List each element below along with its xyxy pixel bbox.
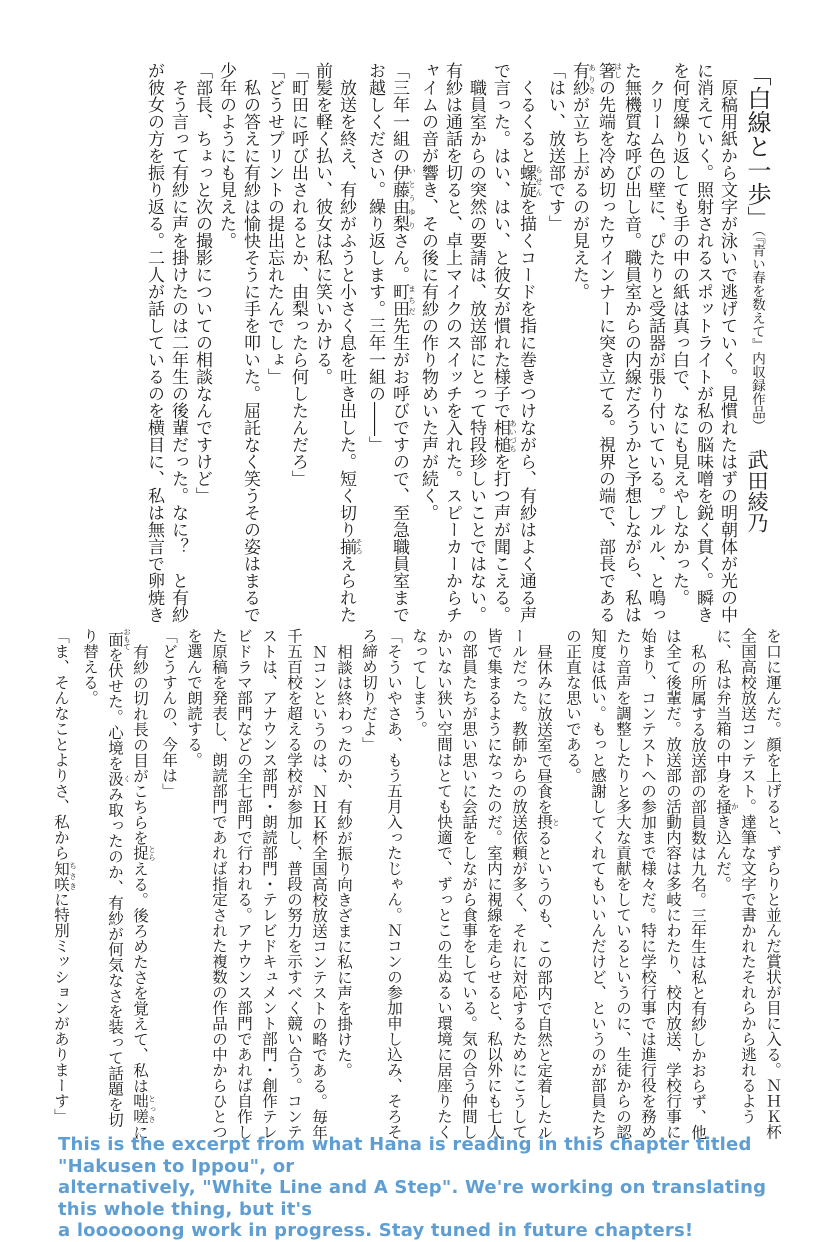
paragraph: 「どうすんの、今年は」 [156,628,181,1140]
translator-note-line: This is the excerpt from what Hana is re… [58,1134,788,1177]
paragraph: 「三年一組の伊藤由梨いとうゆりさん。町田まちだ先生がお呼びですので、至急職員室ま… [363,62,416,624]
paragraph: 有紗の切れ長の目がこちらを捉とらえる。後ろめたさを覚えて、私は咄嗟とっさに面おも… [77,628,156,1140]
ruby-annotated-word: 咄嗟とっさ [131,1093,149,1124]
paragraph: 相談は終わったのか、有紗が振り向きざまに私に声を掛けた。 [331,628,356,1140]
ruby-annotated-word: 箸はし [595,62,615,79]
paragraph: 職員室からの突然の要請は、放送部にとって特段珍しいことではない。有紗は通話を切る… [416,62,488,624]
paragraph: 昼休みに放送室で昼食を摂とるというのも、この部内で自然と定着したルールだった。教… [406,628,560,1140]
chapter-heading: 「白線と一歩」（『青い春を数えて』内収録作品）武田綾乃 [739,62,775,624]
paragraph: 原稿用紙から文字が泳いで逃げていく。見慣れたはずの明朝体が光の中に消えていく。照… [667,62,739,624]
chapter-title: 「白線と一歩」 [743,62,771,230]
paragraph: クリーム色の壁に、ぴたりと受話器が張り付いている。プルル、と鳴った無機質な呼び出… [567,62,667,624]
paragraph: 「そういやさあ、もう五月入ったじゃん。Ｎコンの参加申し込み、そろそろ締め切りだよ… [356,628,406,1140]
ruby-annotated-word: 伊藤由梨いとうゆり [389,164,409,232]
ruby-annotated-word: 町田まちだ [389,283,409,317]
ruby-annotated-word: 揃そろ [336,538,356,555]
page-bottom-text-block: を口に運んだ。顔を上げると、ずらりと並んだ賞状が目に入る。ＮＨＫ杯全国高校放送コ… [48,628,785,1140]
ruby-annotated-word: 相槌あいづち [490,419,510,453]
ruby-annotated-word: 螺旋らせん [516,164,536,198]
paragraph: 「部長、ちょっと次の撮影についての相談なんですけど」 [190,62,214,624]
page-top-text-block: 「白線と一歩」（『青い春を数えて』内収録作品）武田綾乃 原稿用紙から文字が泳いで… [142,62,775,624]
ruby-annotated-word: 捉とら [131,845,149,861]
paragraph: そう言って有紗に声を掛けたのは二年生の後輩だった。なに？ と有紗が彼女の方を振り… [142,62,190,624]
author-name: 武田綾乃 [745,449,769,533]
paragraph: 私の所属する放送部の部員数は九名。三年生は私と有紗しかおらず、他は全て後輩だ。放… [560,628,710,1140]
ruby-annotated-word: 面おもて [106,628,124,647]
ruby-annotated-word: 汲く [106,771,124,787]
paragraph: 「町田に呼び出されるとか、由梨ったら何したんだろ」 [286,62,310,624]
novel-page: 「白線と一歩」（『青い春を数えて』内収録作品）武田綾乃 原稿用紙から文字が泳いで… [0,0,836,1200]
translator-note-line: alternatively, "White Line and A Step". … [58,1177,788,1200]
paragraph: 放送を終え、有紗がふうと小さく息を吐き出した。短く切り揃そろえられた前髪を軽く払… [310,62,363,624]
paragraph: 「ま、そんなことよりさ、私から知咲ちさきに特別ミッションがありまーす」 [48,628,77,1140]
ruby-annotated-word: 知咲ちさき [52,861,70,892]
ruby-annotated-word: 摂と [535,814,553,830]
paragraph: くるくると螺旋らせんを描くコードを指に巻きつけながら、有紗はよく通る声で言った。… [488,62,543,624]
paragraph: を口に運んだ。顔を上げると、ずらりと並んだ賞状が目に入る。ＮＨＫ杯全国高校放送コ… [710,628,785,1140]
paragraph: 私の答えに有紗は愉快そうに手を叩いた。屈託なく笑うその姿はまるで少年のようにも見… [214,62,262,624]
translator-note: This is the excerpt from what Hana is re… [58,1134,788,1200]
paragraph: 「はい、放送部です」 [543,62,567,624]
paragraph: Ｎコンというのは、ＮＨＫ杯全国高校放送コンテストの略である。毎年千五百校を超える… [181,628,331,1140]
ruby-annotated-word: 掻か [714,799,732,815]
source-book-note: （『青い春を数えて』内収録作品） [749,230,765,433]
paragraph: 「どうせプリントの提出忘れたんでしょ」 [262,62,286,624]
ruby-annotated-word: 有紗ありさ [569,62,589,96]
